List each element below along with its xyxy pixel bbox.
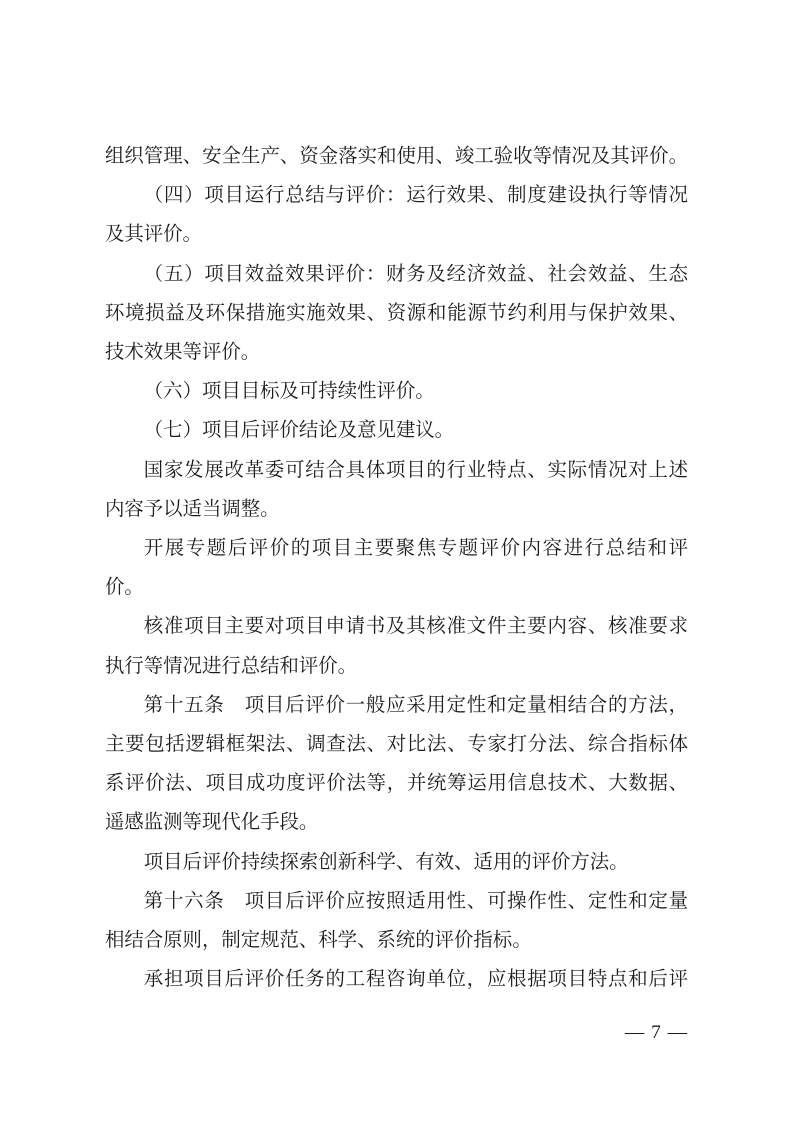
text-line: 系评价法、项目成功度评价法等，并统筹运用信息技术、大数据、 [105, 764, 688, 803]
paragraph: （五）项目效益效果评价：财务及经济效益、社会效益、生态环境损益及环保措施实施效果… [105, 255, 688, 373]
paragraph: （七）项目后评价结论及意见建议。 [105, 411, 688, 450]
page-number: — 7 — [105, 1019, 688, 1047]
document-page: 组织管理、安全生产、资金落实和使用、竣工验收等情况及其评价。（四）项目运行总结与… [0, 0, 794, 1123]
text-line: 项目后评价持续探索创新科学、有效、适用的评价方法。 [105, 843, 688, 882]
text-line: 及其评价。 [105, 215, 688, 254]
text-line: 相结合原则，制定规范、科学、系统的评价指标。 [105, 921, 688, 960]
text-line: 承担项目后评价任务的工程咨询单位，应根据项目特点和后评 [105, 960, 688, 999]
paragraph: 第十六条 项目后评价应按照适用性、可操作性、定性和定量相结合原则，制定规范、科学… [105, 882, 688, 960]
paragraph: 第十五条 项目后评价一般应采用定性和定量相结合的方法，主要包括逻辑框架法、调查法… [105, 686, 688, 843]
document-body: 组织管理、安全生产、资金落实和使用、竣工验收等情况及其评价。（四）项目运行总结与… [105, 137, 688, 999]
text-line: 主要包括逻辑框架法、调查法、对比法、专家打分法、综合指标体 [105, 725, 688, 764]
paragraph: （六）项目目标及可持续性评价。 [105, 372, 688, 411]
text-line: 核准项目主要对项目申请书及其核准文件主要内容、核准要求 [105, 607, 688, 646]
text-line: 执行等情况进行总结和评价。 [105, 647, 688, 686]
text-line: 技术效果等评价。 [105, 333, 688, 372]
paragraph: 开展专题后评价的项目主要聚焦专题评价内容进行总结和评价。 [105, 529, 688, 607]
text-line: 第十五条 项目后评价一般应采用定性和定量相结合的方法， [105, 686, 688, 725]
text-line: 开展专题后评价的项目主要聚焦专题评价内容进行总结和评 [105, 529, 688, 568]
text-line: 组织管理、安全生产、资金落实和使用、竣工验收等情况及其评价。 [105, 137, 688, 176]
text-line: 价。 [105, 568, 688, 607]
text-line: 国家发展改革委可结合具体项目的行业特点、实际情况对上述 [105, 451, 688, 490]
paragraph: 核准项目主要对项目申请书及其核准文件主要内容、核准要求执行等情况进行总结和评价。 [105, 607, 688, 685]
text-line: 第十六条 项目后评价应按照适用性、可操作性、定性和定量 [105, 882, 688, 921]
paragraph: 组织管理、安全生产、资金落实和使用、竣工验收等情况及其评价。 [105, 137, 688, 176]
text-line: 环境损益及环保措施实施效果、资源和能源节约利用与保护效果、 [105, 294, 688, 333]
paragraph: 项目后评价持续探索创新科学、有效、适用的评价方法。 [105, 843, 688, 882]
text-line: （五）项目效益效果评价：财务及经济效益、社会效益、生态 [105, 255, 688, 294]
text-line: 遥感监测等现代化手段。 [105, 803, 688, 842]
paragraph: 国家发展改革委可结合具体项目的行业特点、实际情况对上述内容予以适当调整。 [105, 451, 688, 529]
paragraph: （四）项目运行总结与评价：运行效果、制度建设执行等情况及其评价。 [105, 176, 688, 254]
text-line: （七）项目后评价结论及意见建议。 [105, 411, 688, 450]
text-line: 内容予以适当调整。 [105, 490, 688, 529]
text-line: （四）项目运行总结与评价：运行效果、制度建设执行等情况 [105, 176, 688, 215]
text-line: （六）项目目标及可持续性评价。 [105, 372, 688, 411]
paragraph: 承担项目后评价任务的工程咨询单位，应根据项目特点和后评 [105, 960, 688, 999]
